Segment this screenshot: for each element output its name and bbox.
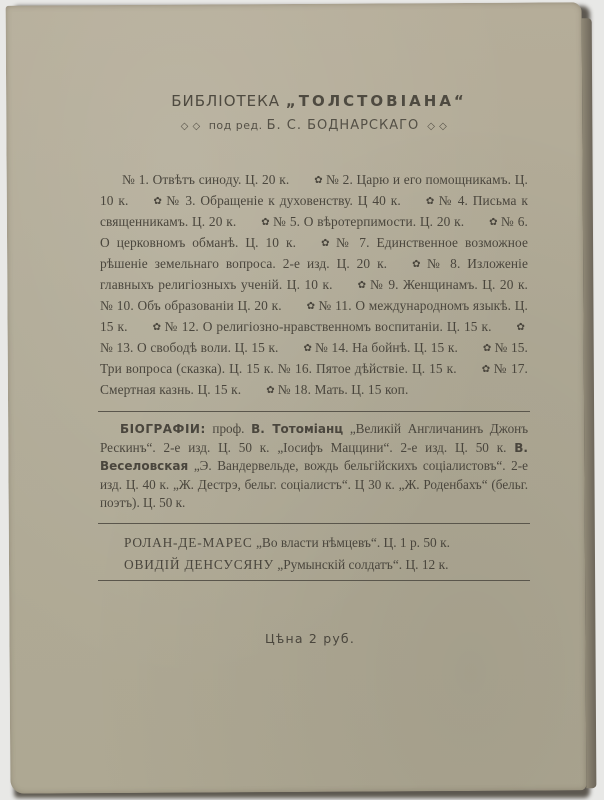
biographies-label: БІОГРАФІИ: bbox=[120, 422, 206, 436]
other-book-author: ОВИДІЙ ДЕНСУСЯНУ bbox=[124, 557, 274, 572]
editor-name: Б. С. БОДНАРСКАГО bbox=[267, 118, 420, 133]
other-book-title: „Румынскій солдатъ“. Ц. 12 к. bbox=[277, 557, 448, 572]
flower-separator-icon: ✿ bbox=[461, 339, 491, 358]
biographies-block: БІОГРАФІИ: проф. В. Тотоміанц „Великій А… bbox=[100, 420, 528, 513]
divider-rule bbox=[98, 411, 530, 412]
divider-rule bbox=[98, 580, 530, 581]
other-books: РОЛАН-ДЕ-МАРЕС „Во власти нѣмцевъ“. Ц. 1… bbox=[100, 532, 528, 576]
catalog-item: № 10. Объ образованіи Ц. 20 к. bbox=[100, 298, 282, 313]
divider-rule bbox=[98, 523, 530, 524]
catalog-list: № 1. Отвѣтъ синоду. Ц. 20 к.✿№ 2. Царю и… bbox=[100, 170, 528, 401]
editor-prefix: под ред. bbox=[209, 119, 263, 132]
flower-separator-icon: ✿ bbox=[390, 255, 420, 274]
catalog-item: № 3. Обращеніе к духовенству. Ц 40 к. bbox=[165, 193, 401, 208]
other-book-entry: ОВИДІЙ ДЕНСУСЯНУ „Румынскій солдатъ“. Ц.… bbox=[124, 554, 528, 576]
author-prefix: проф. bbox=[212, 421, 244, 436]
catalog-item: № 16. Пятое дѣйствіе. Ц. 15 к. bbox=[278, 361, 457, 376]
catalog-item: № 5. О вѣротерпимости. Ц. 20 к. bbox=[273, 214, 464, 229]
catalog-item: № 14. На бойнѣ. Ц. 15 к. bbox=[315, 340, 458, 355]
cover-text: БИБЛІОТЕКА „ТОЛСТОВІАНА“ ◇ ◇ под ред. Б.… bbox=[100, 82, 528, 646]
catalog-item: № 9. Женщинамъ. Ц. 20 к. bbox=[369, 277, 528, 292]
diamond-ornament-icon: ◇ ◇ bbox=[427, 121, 447, 132]
editor-line: ◇ ◇ под ред. Б. С. БОДНАРСКАГО ◇ ◇ bbox=[100, 118, 528, 133]
flower-separator-icon: ✿ bbox=[467, 213, 497, 232]
flower-separator-icon: ✿ bbox=[404, 192, 434, 211]
biography-author: В. Тотоміанц bbox=[251, 422, 343, 436]
flower-separator-icon: ✿ bbox=[495, 318, 525, 337]
other-book-author: РОЛАН-ДЕ-МАРЕС bbox=[124, 535, 253, 550]
photo-stage: БИБЛІОТЕКА „ТОЛСТОВІАНА“ ◇ ◇ под ред. Б.… bbox=[0, 0, 604, 800]
series-name: „ТОЛСТОВІАНА“ bbox=[286, 92, 467, 110]
catalog-item: № 13. О свободѣ воли. Ц. 15 к. bbox=[100, 340, 279, 355]
flower-separator-icon: ✿ bbox=[239, 213, 269, 232]
catalog-item: № 12. О религіозно-нравственномъ воспита… bbox=[164, 319, 491, 334]
cover-price: Цѣна 2 руб. bbox=[100, 631, 528, 646]
flower-separator-icon: ✿ bbox=[282, 339, 312, 358]
diamond-ornament-icon: ◇ ◇ bbox=[181, 121, 201, 132]
flower-separator-icon: ✿ bbox=[285, 297, 315, 316]
flower-separator-icon: ✿ bbox=[244, 381, 274, 400]
series-title: БИБЛІОТЕКА „ТОЛСТОВІАНА“ bbox=[100, 92, 528, 110]
flower-separator-icon: ✿ bbox=[292, 171, 322, 190]
other-book-title: „Во власти нѣмцевъ“. Ц. 1 р. 50 к. bbox=[256, 535, 450, 550]
catalog-item: № 18. Мать. Ц. 15 коп. bbox=[278, 382, 409, 397]
flower-separator-icon: ✿ bbox=[299, 234, 329, 253]
other-book-entry: РОЛАН-ДЕ-МАРЕС „Во власти нѣмцевъ“. Ц. 1… bbox=[124, 532, 528, 554]
flower-separator-icon: ✿ bbox=[131, 192, 161, 211]
series-prefix: БИБЛІОТЕКА bbox=[171, 92, 280, 110]
flower-separator-icon: ✿ bbox=[460, 360, 490, 379]
flower-separator-icon: ✿ bbox=[131, 318, 161, 337]
flower-separator-icon: ✿ bbox=[336, 276, 366, 295]
catalog-item: № 1. Отвѣтъ синоду. Ц. 20 к. bbox=[122, 172, 289, 187]
